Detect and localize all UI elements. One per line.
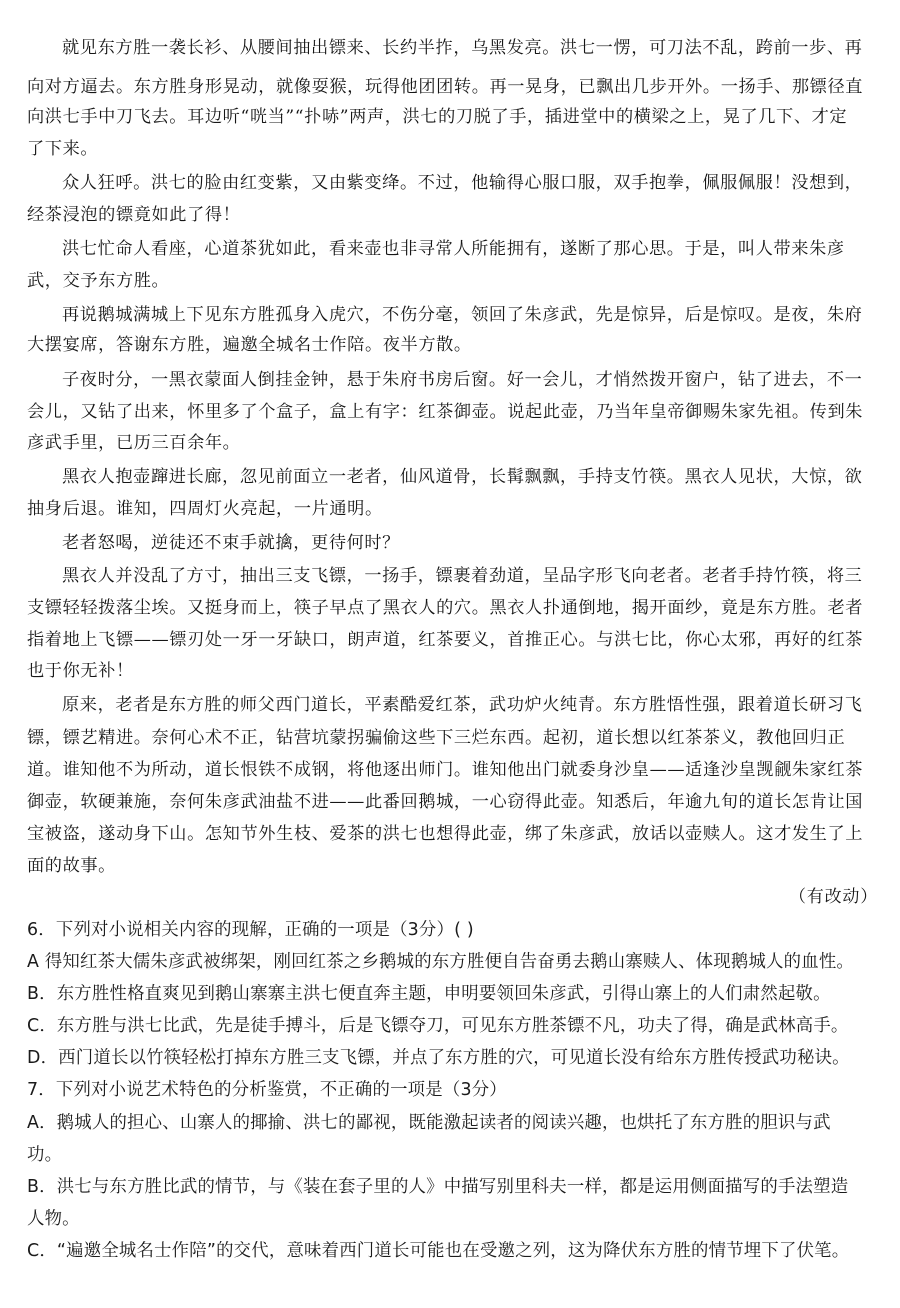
question-7-option-b-cont: 人物。 xyxy=(27,1207,887,1231)
passage-line: 原来，老者是东方胜的师父西门道长，平素酷爱红茶，武功炉火纯青。东方胜悟性强，跟着… xyxy=(62,693,900,717)
question-7-option-b: B．洪七与东方胜比武的情节，与《装在套子里的人》中描写别里科夫一样，都是运用侧面… xyxy=(27,1175,887,1199)
passage-line: 洪七忙命人看座，心道茶犹如此，看来壶也非寻常人所能拥有，遂断了那心思。于是，叫人… xyxy=(62,237,900,261)
question-7-option-c: C．“遍邀全城名士作陪”的交代，意味着西门道长可能也在受邀之列，这为降伏东方胜的… xyxy=(27,1239,887,1263)
passage-line: 武，交予东方胜。 xyxy=(27,269,887,293)
passage-line: 就见东方胜一袭长衫、从腰间抽出镖来、长约半拃，乌黑发亮。洪七一愣，可刀法不乱，跨… xyxy=(62,36,900,60)
question-6-stem: 6．下列对小说相关内容的现解，正确的一项是（3分）( ) xyxy=(27,918,887,942)
passage-line: 宝被盗，遂动身下山。怎知节外生枝、爱茶的洪七也想得此壶，绑了朱彦武，放话以壶赎人… xyxy=(27,822,887,846)
passage-line: 向对方逼去。东方胜身形晃动，就像耍猴，玩得他团团转。再一晃身，已飘出几步开外。一… xyxy=(27,75,887,99)
question-6-option-a: A 得知红茶大儒朱彦武被绑架，刚回红茶之乡鹅城的东方胜便自告奋勇去鹅山寨赎人、体… xyxy=(27,950,887,974)
passage-line: 指着地上飞镖——镖刃处一牙一牙缺口，朗声道，红茶要义，首推正心。与洪七比，你心太… xyxy=(27,628,887,652)
passage-line: 众人狂呼。洪七的脸由红变紫，又由紫变绛。不过，他输得心服口服，双手抱拳，佩服佩服… xyxy=(62,171,900,195)
question-6-option-d: D．西门道长以竹筷轻松打掉东方胜三支飞镖，并点了东方胜的穴，可见道长没有给东方胜… xyxy=(27,1046,887,1070)
question-7-option-a: A．鹅城人的担心、山寨人的揶揄、洪七的鄙视，既能激起读者的阅读兴趣，也烘托了东方… xyxy=(27,1111,887,1135)
passage-line: 也于你无补！ xyxy=(27,659,887,683)
passage-line: 了下来。 xyxy=(27,137,887,161)
passage-line: 面的故事。 xyxy=(27,854,887,878)
question-6-option-b: B．东方胜性格直爽见到鹅山寨寨主洪七便直奔主题，申明要领回朱彦武，引得山寨上的人… xyxy=(27,982,887,1006)
passage-line: 子夜时分，一黑衣蒙面人倒挂金钟，悬于朱府书房后窗。好一会儿，才悄然拨开窗户，钻了… xyxy=(62,368,900,392)
passage-line: 黑衣人抱壶蹿进长廊，忽见前面立一老者，仙风道骨，长髯飘飘，手持支竹筷。黑衣人见状… xyxy=(62,465,900,489)
passage-line: 大摆宴席，答谢东方胜，遍邀全城名士作陪。夜半方散。 xyxy=(27,333,887,357)
question-6-option-c: C．东方胜与洪七比武，先是徒手搏斗，后是飞镖夺刀，可见东方胜茶镖不凡，功夫了得，… xyxy=(27,1014,887,1038)
question-7-option-a-cont: 功。 xyxy=(27,1143,887,1167)
passage-line: 道。谁知他不为所动，道长恨铁不成钢，将他逐出师门。谁知他出门就委身沙皇——适逢沙… xyxy=(27,758,887,782)
exam-page: 就见东方胜一袭长衫、从腰间抽出镖来、长约半拃，乌黑发亮。洪七一愣，可刀法不乱，跨… xyxy=(0,0,900,1308)
passage-line: 抽身后退。谁知，四周灯火亮起，一片通明。 xyxy=(27,497,887,521)
passage-line: 黑衣人并没乱了方寸，抽出三支飞镖，一扬手，镖裹着劲道，呈品字形飞向老者。老者手持… xyxy=(62,564,900,588)
source-note: （有改动） xyxy=(789,885,878,909)
passage-line: 彦武手里，已历三百余年。 xyxy=(27,431,887,455)
passage-line: 经茶浸泡的镖竟如此了得！ xyxy=(27,203,887,227)
question-7-stem: 7．下列对小说艺术特色的分析鉴赏，不正确的一项是（3分） xyxy=(27,1078,887,1102)
passage-line: 老者怒喝，逆徒还不束手就擒，更待何时？ xyxy=(62,531,900,555)
passage-line: 镖，镖艺精进。奈何心术不正，钻营坑蒙拐骗偷这些下三烂东西。起初，道长想以红茶茶义… xyxy=(27,726,887,750)
passage-line: 向洪七手中刀飞去。耳边听“咣当”“扑哧”两声，洪七的刀脱了手，插进堂中的横梁之上… xyxy=(27,105,887,129)
passage-line: 御壶，软硬兼施，奈何朱彦武油盐不进——此番回鹅城，一心窃得此壶。知悉后，年逾九旬… xyxy=(27,790,887,814)
passage-line: 再说鹅城满城上下见东方胜孤身入虎穴，不伤分毫，领回了朱彦武，先是惊异，后是惊叹。… xyxy=(62,303,900,327)
passage-line: 会儿，又钻了出来，怀里多了个盒子，盒上有字：红茶御壶。说起此壶，乃当年皇帝御赐朱… xyxy=(27,400,887,424)
passage-line: 支镖轻轻拨落尘埃。又挺身而上，筷子早点了黑衣人的穴。黑衣人扑通倒地，揭开面纱，竟… xyxy=(27,596,887,620)
